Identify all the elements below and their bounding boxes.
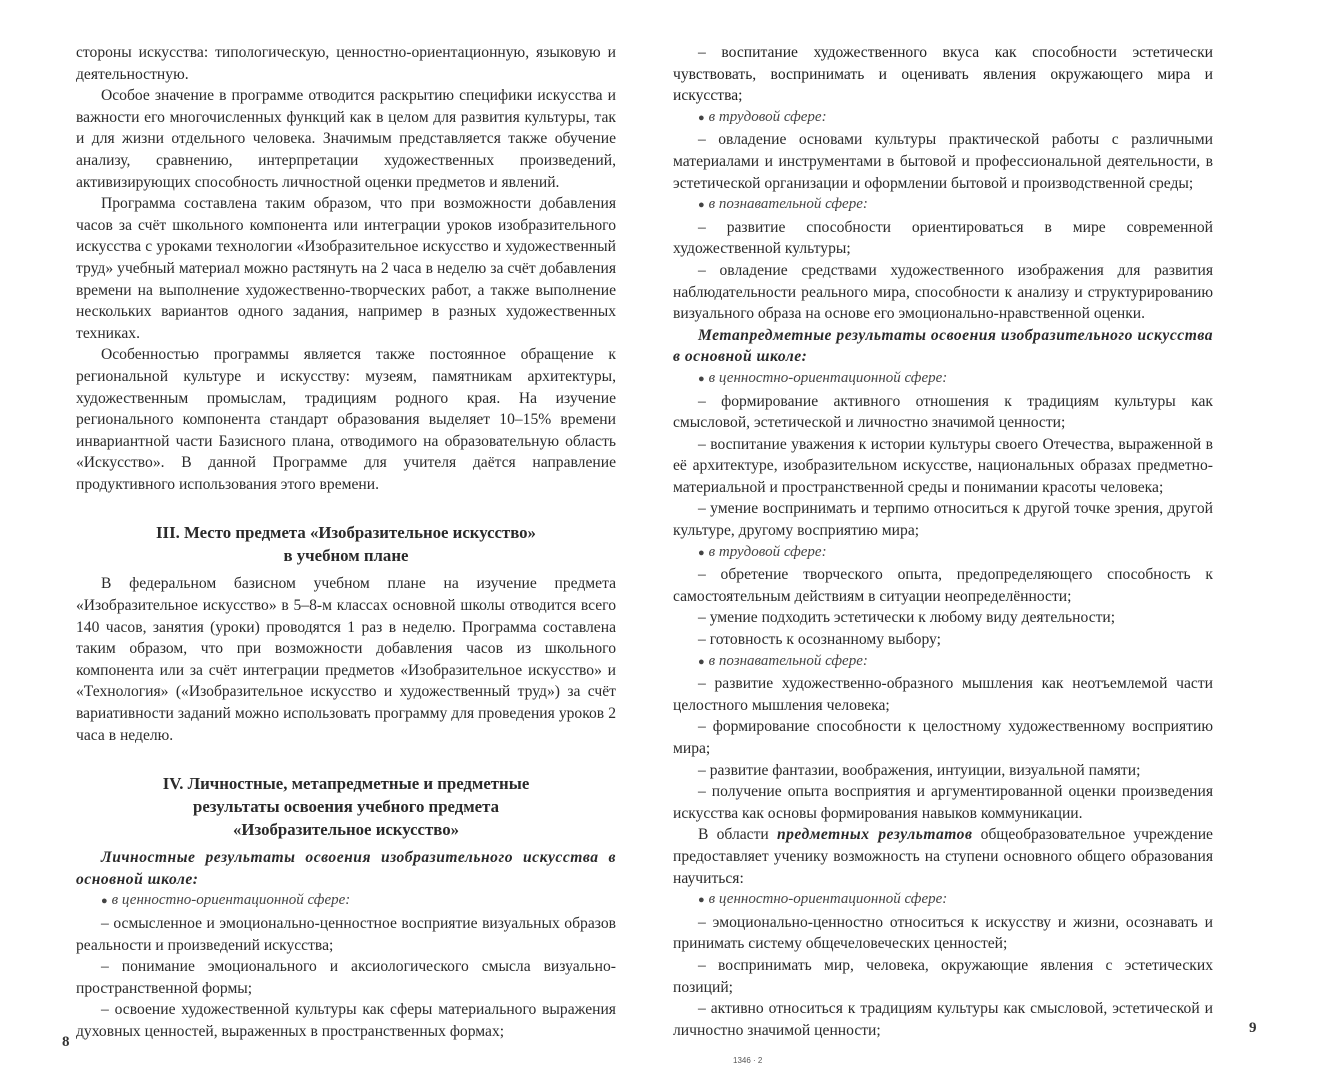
sphere-label: ●в познавательной сфере: (673, 194, 1213, 217)
sphere-label: ●в ценностно-ориентационной сфере: (76, 890, 616, 913)
list-item: – осмысленное и эмоционально-ценностное … (76, 913, 616, 956)
bullet-icon: ● (698, 894, 705, 906)
bullet-icon: ● (698, 656, 705, 668)
list-item: – овладение основами культуры практическ… (673, 129, 1213, 194)
list-item: – воспринимать мир, человека, окружающие… (673, 955, 1213, 998)
subsection-title: Метапредметные результаты освоения изобр… (673, 325, 1213, 368)
list-item: – умение подходить эстетически к любому … (673, 607, 1213, 629)
left-page-text-column: стороны искусства: типологическую, ценно… (76, 42, 616, 1043)
signature-mark: 1346 · 2 (733, 1056, 762, 1065)
paragraph: В федеральном базисном учебном плане на … (76, 573, 616, 746)
list-item: – понимание эмоционального и аксиологиче… (76, 956, 616, 999)
list-item: – развитие способности ориентироваться в… (673, 217, 1213, 260)
page-number: 9 (1249, 1020, 1257, 1037)
left-page: стороны искусства: типологическую, ценно… (0, 0, 665, 1080)
list-item: – освоение художественной культуры как с… (76, 999, 616, 1042)
sphere-label: ●в трудовой сфере: (673, 542, 1213, 565)
list-item: – формирование активного отношения к тра… (673, 391, 1213, 434)
section-heading-4: IV. Личностные, метапредметные и предмет… (76, 772, 616, 841)
bullet-icon: ● (698, 373, 705, 385)
heading-line: в учебном плане (76, 544, 616, 567)
subsection-title: Личностные результаты освоения изобразит… (76, 847, 616, 890)
sphere-label: ●в трудовой сфере: (673, 107, 1213, 130)
paragraph: стороны искусства: типологическую, ценно… (76, 42, 616, 85)
page-number: 8 (62, 1034, 70, 1051)
paragraph: Программа составлена таким образом, что … (76, 193, 616, 344)
list-item: – воспитание уважения к истории культуры… (673, 434, 1213, 499)
list-item: – получение опыта восприятия и аргументи… (673, 781, 1213, 824)
list-item: – умение воспринимать и терпимо относить… (673, 498, 1213, 541)
heading-line: «Изобразительное искусство» (76, 818, 616, 841)
list-item: – обретение творческого опыта, предопред… (673, 564, 1213, 607)
heading-line: результаты освоения учебного предмета (76, 795, 616, 818)
list-item: – активно относиться к традициям культур… (673, 998, 1213, 1041)
list-item: – развитие художественно-образного мышле… (673, 673, 1213, 716)
list-item: – готовность к осознанному выбору; (673, 629, 1213, 651)
heading-line: IV. Личностные, метапредметные и предмет… (76, 772, 616, 795)
list-item: – эмоционально-ценностно относиться к ис… (673, 912, 1213, 955)
sphere-label: ●в ценностно-ориентационной сфере: (673, 889, 1213, 912)
section-heading-3: III. Место предмета «Изобразительное иск… (76, 521, 616, 567)
bullet-icon: ● (698, 112, 705, 124)
paragraph: Особое значение в программе отводится ра… (76, 85, 616, 193)
paragraph: Особенностью программы является также по… (76, 344, 616, 495)
bullet-icon: ● (698, 199, 705, 211)
list-item: – развитие фантазии, воображения, интуиц… (673, 760, 1213, 782)
list-item: – формирование способности к целостному … (673, 716, 1213, 759)
list-item: – овладение средствами художественного и… (673, 260, 1213, 325)
right-page-text-column: – воспитание художественного вкуса как с… (673, 42, 1213, 1041)
emphasis: предметных результатов (777, 826, 972, 843)
bullet-icon: ● (698, 547, 705, 559)
right-page: – воспитание художественного вкуса как с… (665, 0, 1340, 1080)
paragraph: В области предметных результатов общеобр… (673, 824, 1213, 889)
sphere-label: ●в ценностно-ориентационной сфере: (673, 368, 1213, 391)
list-item: – воспитание художественного вкуса как с… (673, 42, 1213, 107)
sphere-label: ●в познавательной сфере: (673, 651, 1213, 674)
heading-line: III. Место предмета «Изобразительное иск… (76, 521, 616, 544)
bullet-icon: ● (101, 895, 108, 907)
